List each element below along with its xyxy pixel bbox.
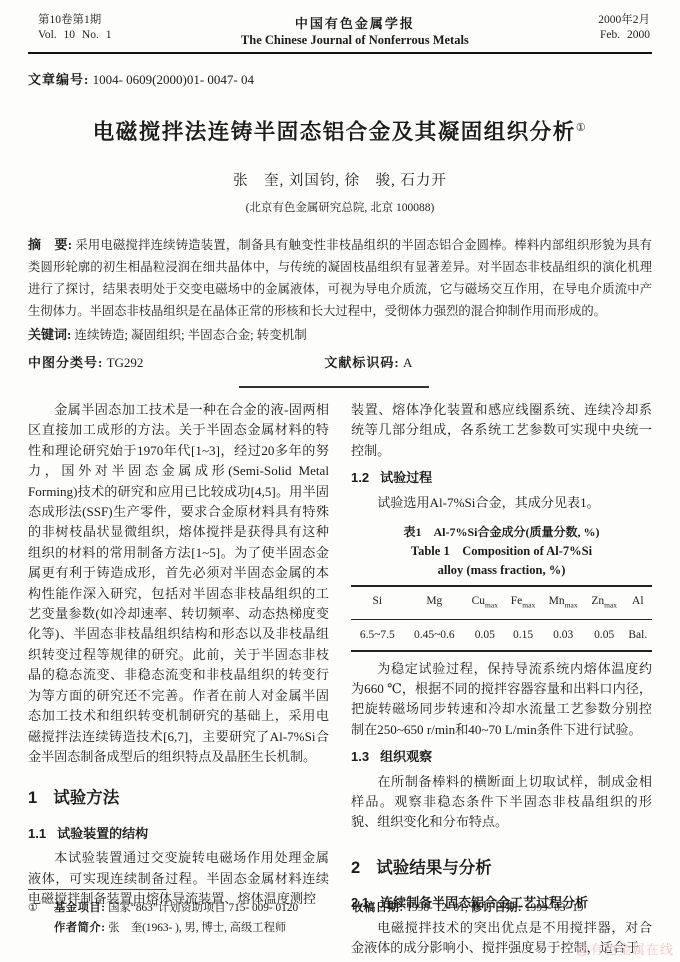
received-date-label: 收稿日期:	[352, 902, 403, 914]
watermark: @有色金属在线	[576, 939, 674, 958]
body-columns: 金属半固态加工技术是一种在合金的液-固两相区直接加工成形的方法。关于半固态金属材…	[28, 400, 652, 958]
paper-title: 电磁搅拌法连铸半固态铝合金及其凝固组织分析①	[28, 115, 652, 146]
article-number-value: 1004- 0609(2000)01- 0047- 04	[93, 72, 254, 87]
clc-number: 中图分类号: TG292	[28, 352, 324, 371]
table-header-cell: Znmax	[585, 586, 624, 619]
doc-code-value: A	[403, 355, 412, 370]
title-footnote-marker: ①	[576, 122, 587, 134]
keywords-label: 关键词:	[28, 327, 71, 342]
table-caption-cn: 表1 Al-7%Si合金成分(质量分数, %)	[351, 522, 652, 542]
section-2-number: 2	[351, 859, 360, 877]
section-1-number: 1	[28, 789, 37, 807]
table-data-cell: 0.05	[465, 620, 505, 651]
volume-info: 第10卷第1期 Vol. 10 No. 1	[28, 13, 111, 43]
affiliation-line: (北京有色金属研究总院, 北京 100088)	[28, 199, 652, 215]
subsection-1-3-paragraph: 在所制备棒料的横断面上切取试样，制成金相样品。观察非稳态条件下半固态非枝晶组织的…	[351, 772, 652, 833]
column-left: 金属半固态加工技术是一种在合金的液-固两相区直接加工成形的方法。关于半固态金属材…	[28, 400, 329, 958]
author-bio-value: 张 奎(1963- ), 男, 博士, 高级工程师	[108, 922, 286, 934]
journal-title: 中国有色金属学报 The Chinese Journal of Nonferro…	[241, 13, 469, 48]
received-date-value: 1998- 12- 01;	[406, 902, 468, 914]
dates-line: 收稿日期: 1998- 12- 01; 修订日期: 1999- 03- 19	[352, 898, 583, 918]
footnote-rule	[28, 889, 166, 890]
subsection-1-1-title: 试验装置的结构	[57, 826, 148, 841]
table-header-cell: Al	[624, 586, 652, 619]
footnote-marker: ①	[28, 898, 54, 918]
subsection-1-2-paragraph: 试验选用Al-7%Si合金，其成分见表1。	[351, 493, 652, 513]
fund-project-line: ① 基金项目: 国家“863”计划资助项目 715- 009- 0120 收稿日…	[28, 898, 652, 918]
keywords-block: 关键词: 连续铸造; 凝固组织; 半固态合金; 转变机制	[28, 324, 652, 343]
volume-en: Vol. 10 No. 1	[38, 28, 111, 43]
author-bio-line: 作者简介: 张 奎(1963- ), 男, 博士, 高级工程师	[28, 918, 652, 938]
journal-title-cn: 中国有色金属学报	[241, 13, 469, 32]
subsection-1-2-number: 1.2	[351, 470, 369, 485]
table-header-cell: Cumax	[465, 586, 505, 619]
table-caption-en-line2: alloy (mass fraction, %)	[351, 561, 652, 580]
table-data-cell: 0.45~0.6	[404, 620, 465, 651]
table-data-cell: 6.5~7.5	[351, 620, 404, 651]
table-header-cell: Si	[351, 586, 404, 619]
table-data-cell: 0.15	[505, 620, 542, 651]
section-heading-1: 1试验方法	[28, 788, 329, 808]
table-caption-en-line1: Table 1 Composition of Al-7%Si	[351, 542, 652, 561]
issue-date: 2000年2月 Feb. 2000	[598, 13, 652, 43]
author-bio-label: 作者简介:	[54, 922, 105, 934]
subsection-1-1-number: 1.1	[28, 826, 46, 841]
issue-date-cn: 2000年2月	[598, 13, 650, 28]
after-table-paragraph: 为稳定试验过程，保持导流系统内熔体温度约为660 ℃，根据不同的搅拌容器容量和出…	[351, 659, 652, 741]
subsection-1-3-title: 组织观察	[380, 749, 432, 764]
table-data-cell: Bal.	[624, 620, 652, 651]
subsection-heading-1-3: 1.3组织观察	[351, 747, 652, 767]
subsection-heading-1-1: 1.1试验装置的结构	[28, 824, 329, 844]
fund-project-value: 国家“863”计划资助项目 715- 009- 0120	[108, 902, 298, 914]
table-header-row: Si Mg Cumax Femax Mnmax Znmax Al	[351, 586, 652, 619]
footnote-block: ① 基金项目: 国家“863”计划资助项目 715- 009- 0120 收稿日…	[28, 898, 652, 938]
volume-cn: 第10卷第1期	[38, 13, 111, 28]
journal-header: 第10卷第1期 Vol. 10 No. 1 中国有色金属学报 The Chine…	[28, 0, 652, 48]
section-1-title: 试验方法	[53, 789, 119, 807]
article-number-label: 文章编号:	[28, 72, 89, 87]
authors-line: 张 奎, 刘国钧, 徐 骏, 石力开	[28, 169, 652, 190]
classification-row: 中图分类号: TG292 文献标识码: A	[28, 352, 652, 371]
section-heading-2: 2试验结果与分析	[351, 858, 652, 878]
paper-title-text: 电磁搅拌法连铸半固态铝合金及其凝固组织分析	[93, 120, 576, 144]
clc-label: 中图分类号:	[28, 355, 103, 370]
fund-project-text: 基金项目: 国家“863”计划资助项目 715- 009- 0120	[54, 898, 298, 918]
fund-project-label: 基金项目:	[54, 902, 105, 914]
issue-date-en: Feb. 2000	[598, 28, 650, 43]
table-data-cell: 0.05	[585, 620, 624, 651]
composition-table-block: 表1 Al-7%Si合金成分(质量分数, %) Table 1 Composit…	[351, 522, 652, 652]
doc-code: 文献标识码: A	[324, 352, 412, 371]
table-data-cell: 0.03	[541, 620, 585, 651]
clc-value: TG292	[107, 355, 144, 370]
table-header-cell: Femax	[505, 586, 542, 619]
revised-date-value: 1999- 03- 19	[525, 902, 583, 914]
section-divider	[239, 386, 429, 388]
subsection-1-3-number: 1.3	[351, 749, 369, 764]
table-header-cell: Mnmax	[541, 586, 585, 619]
article-number-line: 文章编号: 1004- 0609(2000)01- 0047- 04	[28, 69, 652, 88]
journal-title-en: The Chinese Journal of Nonferrous Metals	[241, 32, 469, 48]
abstract-block: 摘 要: 采用电磁搅拌连续铸造装置，制备具有触变性非枝晶组织的半固态铝合金圆棒。…	[28, 234, 652, 322]
composition-table: Si Mg Cumax Femax Mnmax Znmax Al 6.5~7.5	[351, 585, 652, 651]
doc-code-label: 文献标识码:	[324, 355, 399, 370]
revised-date-label: 修订日期:	[471, 902, 522, 914]
table-header-cell: Mg	[404, 586, 465, 619]
paper-page: 第10卷第1期 Vol. 10 No. 1 中国有色金属学报 The Chine…	[0, 0, 680, 962]
continuation-paragraph: 装置、熔体净化装置和感应线圈系统、连续冷却系统等几部分组成，各系统工艺参数可实现…	[351, 400, 652, 461]
subsection-1-2-title: 试验过程	[380, 470, 432, 485]
abstract-label: 摘 要:	[28, 237, 72, 252]
table-data-row: 6.5~7.5 0.45~0.6 0.05 0.15 0.03 0.05 Bal…	[351, 620, 652, 651]
subsection-heading-1-2: 1.2试验过程	[351, 468, 652, 488]
section-2-title: 试验结果与分析	[376, 859, 492, 877]
column-right: 装置、熔体净化装置和感应线圈系统、连续冷却系统等几部分组成，各系统工艺参数可实现…	[351, 400, 652, 958]
keywords-text: 连续铸造; 凝固组织; 半固态合金; 转变机制	[74, 328, 306, 342]
intro-paragraph: 金属半固态加工技术是一种在合金的液-固两相区直接加工成形的方法。关于半固态金属材…	[28, 400, 329, 767]
abstract-text: 采用电磁搅拌连续铸造装置，制备具有触变性非枝晶组织的半固态铝合金圆棒。棒料内部组…	[28, 238, 652, 318]
header-rule	[28, 52, 652, 54]
